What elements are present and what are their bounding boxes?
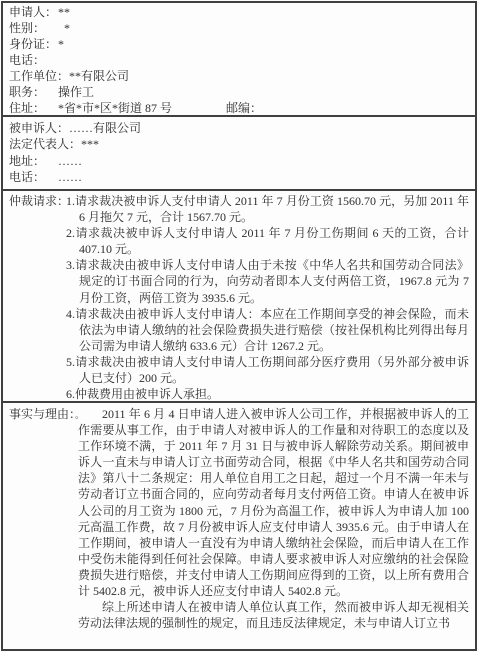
field-respondent-address: 地址： ……: [9, 153, 469, 169]
field-label: 职务：: [9, 84, 58, 100]
field-label: 身份证：: [9, 36, 58, 52]
facts-paragraph-1: 2011 年 6 月 4 日申请人进入被申诉人公司工作，并根据被申诉人的工作需要…: [78, 406, 469, 599]
field-value: ***: [81, 136, 99, 152]
field-label-postal-code: 邮编：: [226, 100, 262, 116]
claim-item-6: 6.仲裁费用由被申诉人承担。: [66, 386, 469, 402]
field-legal-representative: 法定代表人： ***: [9, 136, 469, 152]
claim-item-4: 4.请求裁决由被申诉人支付申请人：本应在工作期间享受的神会保险，而未依法为申请人…: [66, 306, 469, 354]
field-respondent: 被申诉人： ……有限公司: [9, 120, 469, 136]
arbitration-application-screenshot: 申请人： ** 性别： * 身份证： * 电话： 工作单位： **有限公司 职务…: [0, 0, 479, 652]
claim-item-3: 3.请求裁决由被申诉人支付申请人由于未按《中华人名共和国劳动合同法》规定的订书面…: [66, 257, 469, 305]
field-label: 性别：: [9, 20, 58, 36]
facts-content: 2011 年 6 月 4 日申请人进入被申诉人公司工作，并根据被申诉人的工作需要…: [66, 406, 469, 631]
field-employer: 工作单位： **有限公司: [9, 68, 469, 84]
field-value: ……: [58, 153, 82, 169]
field-label: 申请人：: [9, 4, 58, 20]
claims-content: 1.请求裁决被申诉人支付申请人 2011 年 7 月份工资 1560.70 元，…: [66, 193, 469, 402]
field-respondent-phone: 电话： ……: [9, 169, 469, 185]
claims-row: 仲裁请求： 1.请求裁决被申诉人支付申请人 2011 年 7 月份工资 1560…: [9, 193, 469, 402]
field-value: 操作工: [58, 84, 94, 100]
field-applicant: 申请人： **: [9, 4, 469, 20]
field-id-card: 身份证： *: [9, 36, 469, 52]
arbitration-application-document: 申请人： ** 性别： * 身份证： * 电话： 工作单位： **有限公司 职务…: [1, 1, 477, 651]
field-position: 职务： 操作工: [9, 84, 469, 100]
field-value: *: [58, 36, 64, 52]
field-address: 住址： *省*市*区*街道 87 号 邮编：: [9, 100, 469, 116]
facts-paragraph-2: 综上所述申请人在被申请人单位认真工作，然而被申诉人却无视相关劳动法律法规的强制性…: [78, 599, 469, 631]
claims-label: 仲裁请求：: [9, 193, 66, 209]
field-label: 电话：: [9, 52, 58, 68]
respondent-info-section: 被申诉人： ……有限公司 法定代表人： *** 地址： …… 电话： ……: [3, 117, 475, 191]
field-label: 法定代表人：: [9, 136, 81, 152]
field-label: 工作单位：: [9, 68, 69, 84]
field-label: 电话：: [9, 169, 58, 185]
field-label: 住址：: [9, 100, 58, 116]
field-phone: 电话：: [9, 52, 469, 68]
claim-item-2: 2.请求裁决被申诉人支付申请人 2011 年 7 月份工伤期间 6 天的工资，合…: [66, 225, 469, 257]
facts-label: 事实与理由：。: [9, 406, 66, 423]
claims-section: 仲裁请求： 1.请求裁决被申诉人支付申请人 2011 年 7 月份工资 1560…: [3, 191, 475, 403]
facts-row: 事实与理由：。 2011 年 6 月 4 日申请人进入被申诉人公司工作，并根据被…: [9, 406, 469, 631]
applicant-info-section: 申请人： ** 性别： * 身份证： * 电话： 工作单位： **有限公司 职务…: [3, 3, 475, 117]
field-value: ……: [58, 169, 82, 185]
field-value: ……有限公司: [69, 120, 141, 136]
field-value: **有限公司: [69, 68, 129, 84]
field-label: 被申诉人：: [9, 120, 69, 136]
field-value: *省*市*区*街道 87 号: [58, 100, 172, 116]
claim-item-5: 5.请求裁决由被申请人支付申请人工伤期间部分医疗费用（另外部分被申诉人已支付）2…: [66, 354, 469, 386]
field-label: 地址：: [9, 153, 58, 169]
field-gender: 性别： *: [9, 20, 469, 36]
facts-section: 事实与理由：。 2011 年 6 月 4 日申请人进入被申诉人公司工作，并根据被…: [3, 403, 475, 649]
claim-item-1: 1.请求裁决被申诉人支付申请人 2011 年 7 月份工资 1560.70 元，…: [66, 193, 469, 225]
field-value: *: [64, 20, 70, 36]
field-value: **: [58, 4, 70, 20]
